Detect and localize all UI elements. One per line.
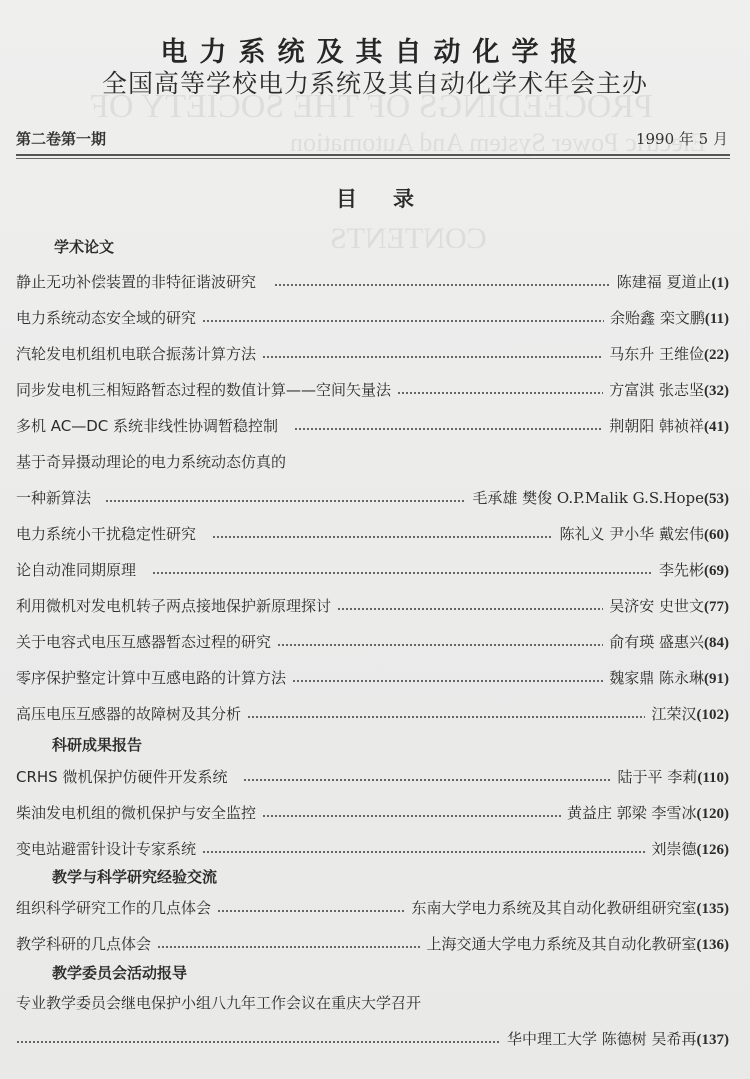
entry-page: (41) <box>704 419 729 436</box>
entry-page: (136) <box>697 937 730 954</box>
entry-page: (126) <box>697 842 730 859</box>
toc-entry[interactable]: 汽轮发电机组机电联合振荡计算方法 马东升 王维俭 (22) <box>16 343 729 365</box>
entry-title: 多机 AC—DC 系统非线性协调暂稳控制 <box>16 415 278 436</box>
dot-leader <box>157 945 420 949</box>
dot-leader <box>262 814 561 818</box>
entry-title: 电力系统动态安全域的研究 <box>16 307 196 328</box>
section-heading: 教学与科学研究经验交流 <box>52 866 217 887</box>
entry-page: (1) <box>712 275 730 292</box>
dot-leader <box>294 427 603 431</box>
section-heading: 学术论文 <box>54 236 114 257</box>
toc-entry[interactable]: 关于电容式电压互感器暂态过程的研究 俞有瑛 盛惠兴 (84) <box>16 631 729 653</box>
toc-entry[interactable]: 零序保护整定计算中互感电路的计算方法 魏家鼎 陈永琳 (91) <box>16 667 729 689</box>
entry-title: 汽轮发电机组机电联合振荡计算方法 <box>16 343 256 364</box>
entry-authors: 俞有瑛 盛惠兴 <box>609 631 704 652</box>
toc-entry[interactable]: 专业教学委员会继电保护小组八九年工作会议在重庆大学召开 <box>16 992 729 1014</box>
entry-page: (137) <box>697 1032 730 1049</box>
dot-leader <box>337 607 603 611</box>
entry-title: 论自动准同期原理 <box>16 559 136 580</box>
entry-authors: 马东升 王维俭 <box>609 343 704 364</box>
toc-entry[interactable]: 基于奇异摄动理论的电力系统动态仿真的 <box>16 451 729 473</box>
toc-entry[interactable]: 电力系统动态安全域的研究 余贻鑫 栾文鹏 (11) <box>16 307 729 329</box>
toc-entry[interactable]: 柴油发电机组的微机保护与安全监控 黄益庄 郭梁 李雪冰 (120) <box>16 802 729 824</box>
entry-page: (11) <box>705 311 729 328</box>
entry-authors: 华中理工大学 陈德树 吴希再 <box>507 1028 697 1049</box>
entry-page: (77) <box>704 599 729 616</box>
entry-title: 专业教学委员会继电保护小组八九年工作会议在重庆大学召开 <box>16 992 421 1013</box>
entry-authors: 吴济安 史世文 <box>609 595 704 616</box>
toc-entry[interactable]: 变电站避雷针设计专家系统 刘崇德 (126) <box>16 838 729 860</box>
dot-leader <box>397 391 603 395</box>
entry-title: 教学科研的几点体会 <box>16 933 151 954</box>
entry-authors: 余贻鑫 栾文鹏 <box>610 307 705 328</box>
entry-title: 高压电压互感器的故障树及其分析 <box>16 703 241 724</box>
entry-authors: 陆于平 李莉 <box>618 766 698 787</box>
entry-title: 利用微机对发电机转子两点接地保护新原理探讨 <box>16 595 331 616</box>
dot-leader <box>262 355 603 359</box>
dot-leader <box>292 679 603 683</box>
toc-entry[interactable]: 一种新算法 毛承雄 樊俊 O.P.Malik G.S.Hope (53) <box>16 487 729 509</box>
entry-authors: 陈建福 夏道止 <box>617 271 712 292</box>
entry-page: (69) <box>704 563 729 580</box>
entry-page: (32) <box>704 383 729 400</box>
section-heading: 科研成果报告 <box>52 734 142 755</box>
bleed-through-text: CONTENTS <box>330 222 487 256</box>
dot-leader <box>243 778 611 782</box>
dot-leader <box>202 319 604 323</box>
dot-leader <box>202 850 645 854</box>
entry-authors: 黄益庄 郭梁 李雪冰 <box>567 802 697 823</box>
entry-authors: 李先彬 <box>659 559 704 580</box>
section-heading: 教学委员会活动报导 <box>52 962 187 983</box>
organizer-line: 全国高等学校电力系统及其自动化学术年会主办 <box>0 64 750 100</box>
entry-authors: 上海交通大学电力系统及其自动化教研室 <box>426 933 696 954</box>
entry-title: 组织科学研究工作的几点体会 <box>16 897 211 918</box>
volume-issue: 第二卷第一期 <box>16 128 106 149</box>
toc-entry[interactable]: 同步发电机三相短路暂态过程的数值计算——空间矢量法 方富淇 张志坚 (32) <box>16 379 729 401</box>
entry-title: 基于奇异摄动理论的电力系统动态仿真的 <box>16 451 286 472</box>
dot-leader <box>274 283 611 287</box>
entry-page: (102) <box>697 707 730 724</box>
document-page: PROCEEDINGS OF THE SOCIETY OF Electric P… <box>0 0 750 1079</box>
dot-leader <box>247 715 645 719</box>
entry-title: 关于电容式电压互感器暂态过程的研究 <box>16 631 271 652</box>
entry-authors: 东南大学电力系统及其自动化教研组研究室 <box>411 897 696 918</box>
toc-entry[interactable]: 利用微机对发电机转子两点接地保护新原理探讨 吴济安 史世文 (77) <box>16 595 729 617</box>
entry-title: CRHS 微机保护仿硬件开发系统 <box>16 766 227 787</box>
dot-leader <box>217 909 405 913</box>
entry-title: 零序保护整定计算中互感电路的计算方法 <box>16 667 286 688</box>
toc-heading: 目录 <box>0 183 750 213</box>
toc-entry[interactable]: CRHS 微机保护仿硬件开发系统 陆于平 李莉 (110) <box>16 766 729 788</box>
entry-page: (110) <box>697 770 729 787</box>
entry-authors: 江荣汉 <box>651 703 696 724</box>
entry-authors: 魏家鼎 陈永琳 <box>609 667 704 688</box>
dot-leader <box>212 535 553 539</box>
toc-entry[interactable]: 组织科学研究工作的几点体会 东南大学电力系统及其自动化教研组研究室 (135) <box>16 897 729 919</box>
issue-date: 1990 年 5 月 <box>636 128 728 149</box>
entry-page: (60) <box>704 527 729 544</box>
entry-title: 电力系统小干扰稳定性研究 <box>16 523 196 544</box>
entry-page: (91) <box>704 671 729 688</box>
entry-authors: 荆朝阳 韩祯祥 <box>609 415 704 436</box>
dot-leader <box>277 643 603 647</box>
toc-entry[interactable]: 论自动准同期原理 李先彬 (69) <box>16 559 729 581</box>
dot-leader <box>16 1040 501 1044</box>
toc-entry[interactable]: 静止无功补偿装置的非特征谐波研究 陈建福 夏道止 (1) <box>16 271 729 293</box>
entry-page: (135) <box>697 901 730 918</box>
toc-entry[interactable]: 教学科研的几点体会 上海交通大学电力系统及其自动化教研室 (136) <box>16 933 729 955</box>
toc-entry[interactable]: 华中理工大学 陈德树 吴希再 (137) <box>16 1028 729 1050</box>
entry-authors: 毛承雄 樊俊 O.P.Malik G.S.Hope <box>472 487 704 508</box>
dot-leader <box>152 571 653 575</box>
toc-entry[interactable]: 多机 AC—DC 系统非线性协调暂稳控制 荆朝阳 韩祯祥 (41) <box>16 415 729 437</box>
toc-entry[interactable]: 高压电压互感器的故障树及其分析 江荣汉 (102) <box>16 703 729 725</box>
entry-title: 变电站避雷针设计专家系统 <box>16 838 196 859</box>
entry-page: (22) <box>704 347 729 364</box>
entry-authors: 刘崇德 <box>651 838 696 859</box>
header-rule <box>16 154 730 156</box>
entry-authors: 陈礼义 尹小华 戴宏伟 <box>559 523 704 544</box>
entry-authors: 方富淇 张志坚 <box>609 379 704 400</box>
entry-page: (84) <box>704 635 729 652</box>
toc-entry[interactable]: 电力系统小干扰稳定性研究 陈礼义 尹小华 戴宏伟 (60) <box>16 523 729 545</box>
entry-title: 一种新算法 <box>16 487 91 508</box>
header-rule <box>16 158 730 159</box>
entry-title: 静止无功补偿装置的非特征谐波研究 <box>16 271 256 292</box>
entry-page: (53) <box>704 491 729 508</box>
entry-title: 柴油发电机组的微机保护与安全监控 <box>16 802 256 823</box>
entry-page: (120) <box>697 806 730 823</box>
entry-title: 同步发电机三相短路暂态过程的数值计算——空间矢量法 <box>16 379 391 400</box>
dot-leader <box>105 499 466 503</box>
